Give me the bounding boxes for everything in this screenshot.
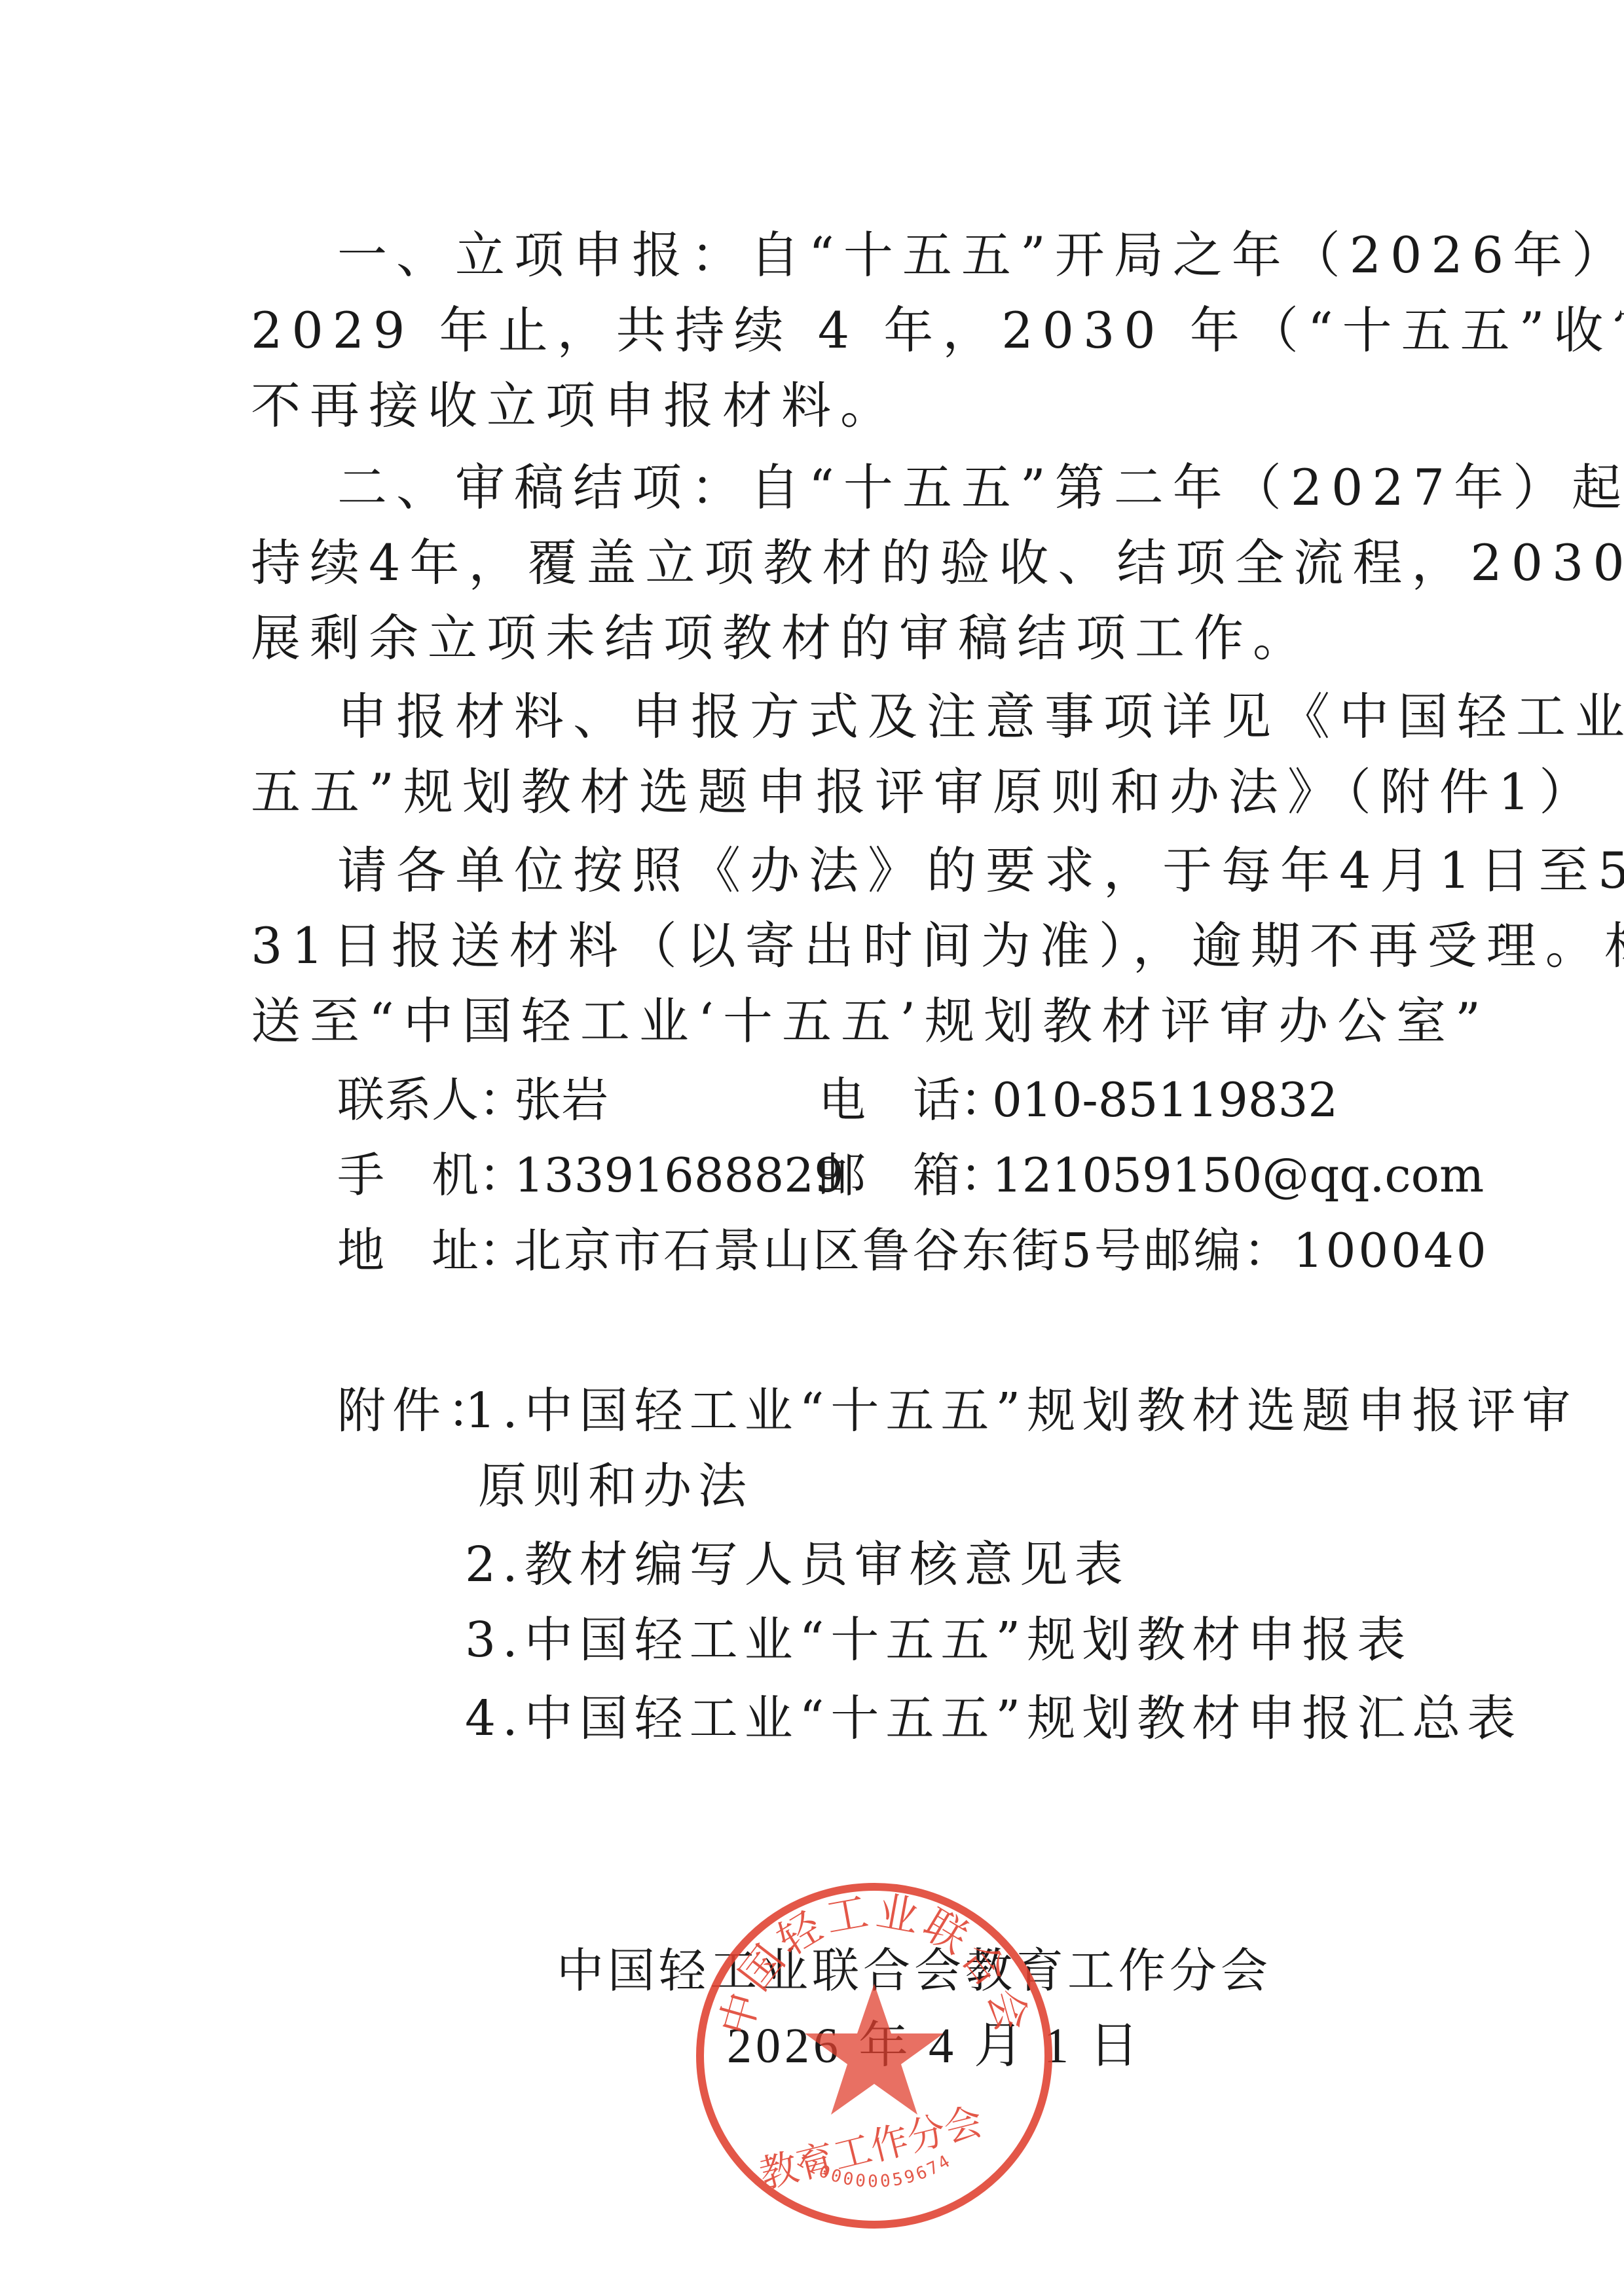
contact-row-3: 地 址： 北京市石景山区鲁谷东街5号邮编：100040 xyxy=(337,1218,1385,1283)
email-address[interactable]: 121059150@qq.com xyxy=(992,1142,1484,1208)
section1-line-2: 2029 年止，共持续 4 年，2030 年（“十五五”收官之年） xyxy=(251,298,1377,363)
phone-label: 电 话： xyxy=(819,1067,1007,1133)
attachment-item-2: 2.教材编写人员审核意见表 xyxy=(465,1532,1130,1597)
attachment-item-4: 4.中国轻工业“十五五”规划教材申报汇总表 xyxy=(465,1686,1522,1751)
svg-text:1100000059674: 1100000059674 xyxy=(793,2151,956,2192)
section2-line-2: 持续4年，覆盖立项教材的验收、结项全流程，2030年仅开 xyxy=(251,530,1377,596)
phone-number: 010-85119832 xyxy=(992,1067,1338,1133)
contact-person-name: 张岩 xyxy=(514,1067,608,1133)
mobile-number: 13391688829 xyxy=(514,1142,844,1208)
contact-person-label: 联系人： xyxy=(337,1067,526,1133)
signature-date: 2026 年 4 月 1 日 xyxy=(727,2013,1143,2079)
section2-line-1: 二、审稿结项：自“十五五”第二年（2027年）起启动， xyxy=(337,455,1377,520)
contact-row-1: 联系人： 张岩 电 话： 010-85119832 xyxy=(337,1067,1385,1133)
materials-line-1: 申报材料、申报方式及注意事项详见《中国轻工业“十 xyxy=(337,684,1377,750)
submission-line-3: 送至“中国轻工业‘十五五’规划教材评审办公室” xyxy=(251,989,1377,1054)
section2-line-3: 展剩余立项未结项教材的审稿结项工作。 xyxy=(251,606,1377,671)
mobile-label: 手 机： xyxy=(337,1142,526,1208)
contact-row-2: 手 机： 13391688829 邮 箱： 121059150@qq.com xyxy=(337,1142,1385,1208)
attachment-item-1: 1.中国轻工业“十五五”规划教材选题申报评审 xyxy=(465,1378,1577,1444)
section1-line-1: 一、立项申报：自“十五五”开局之年（2026年）起至 xyxy=(337,223,1377,288)
address-label: 地 址： xyxy=(337,1218,526,1283)
signature-organization: 中国轻工业联合会教育工作分会 xyxy=(557,1938,1272,2003)
attachment-item-3: 3.中国轻工业“十五五”规划教材申报表 xyxy=(465,1607,1412,1673)
document-page: 一、立项申报：自“十五五”开局之年（2026年）起至 2029 年止，共持续 4… xyxy=(0,0,1624,2296)
submission-line-2: 31日报送材料（以寄出时间为准），逾期不再受理。材料寄 xyxy=(251,913,1377,979)
attachment-item-1-cont: 原则和办法 xyxy=(478,1453,753,1519)
submission-line-1: 请各单位按照《办法》的要求，于每年4月1日至5月 xyxy=(337,838,1377,903)
email-label: 邮 箱： xyxy=(819,1142,1007,1208)
svg-text:教育工作分会: 教育工作分会 xyxy=(755,2099,987,2197)
materials-line-2: 五五”规划教材选题申报评审原则和办法》（附件1） xyxy=(251,759,1377,825)
section1-line-3: 不再接收立项申报材料。 xyxy=(251,373,1377,439)
address-value: 北京市石景山区鲁谷东街5号邮编：100040 xyxy=(514,1218,1489,1283)
